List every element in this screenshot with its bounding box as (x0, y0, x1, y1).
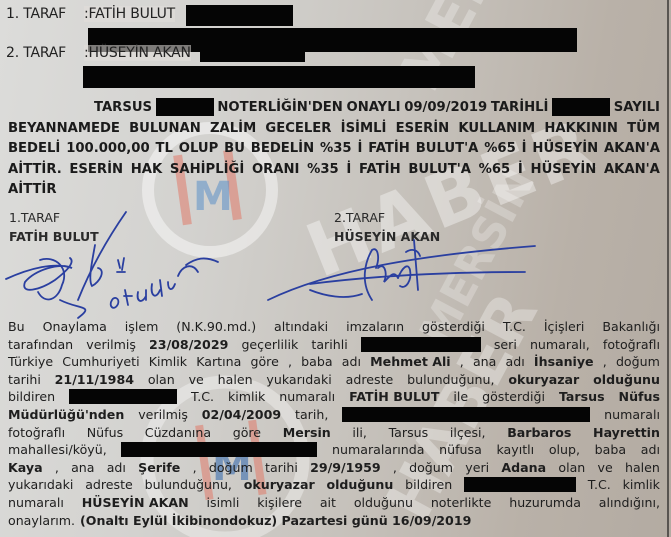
redaction (342, 407, 590, 422)
word: huzurumda (509, 494, 581, 512)
word: noterlikte (431, 494, 492, 512)
word: ilçesi, (450, 424, 486, 442)
word: T.C. (191, 388, 214, 406)
word: numaralı (604, 406, 660, 424)
word: Onaylama (43, 318, 107, 336)
word: nüfusa (439, 441, 482, 459)
word: verilmiş (86, 336, 136, 354)
notary-line: bildirenT.C.kimliknumaralıFATİH BULUTile… (8, 388, 660, 406)
word: 21/11/1984 (55, 371, 134, 389)
word: alındığını, (599, 494, 660, 512)
word: , (193, 459, 197, 477)
word: , (393, 459, 397, 477)
word: isimli (207, 494, 240, 512)
word: , (603, 353, 607, 371)
notary-line: Müdürlüğü'ndenverilmiş02/04/2009tarih,nu… (8, 406, 660, 424)
notary-line: TürkiyeCumhuriyetiKimlikKartınagöre,baba… (8, 353, 660, 371)
word: baba (595, 441, 626, 459)
word: işlem (125, 318, 159, 336)
word: tarafından (8, 336, 73, 354)
word: imzaların (346, 318, 404, 336)
word: , (460, 353, 464, 371)
word: T.C. (588, 476, 611, 494)
word: kimlik (228, 388, 265, 406)
word: tarihi (8, 371, 41, 389)
word: mahallesi/köyü, (8, 441, 107, 459)
word: Adana (501, 459, 546, 477)
word: Şerife (138, 459, 180, 477)
word: Tarsus (389, 424, 429, 442)
word: kişilere (257, 494, 302, 512)
notary-certification-paragraph: BuOnaylamaişlem(N.K.90.md.)altındakiimza… (8, 318, 660, 529)
notary-line: mahallesi/köyü,numaralarındanüfusakayıtl… (8, 441, 660, 459)
word: bulunduğunu, (145, 476, 232, 494)
redaction (361, 337, 481, 352)
notarized-agreement-document: M MERSİN HABER M MERSİN HABER 1. TARAF :… (0, 0, 671, 537)
word: yukarıdaki (8, 476, 73, 494)
word: Nüfus (619, 388, 660, 406)
word: okuryazar (244, 476, 315, 494)
word: 02/04/2009 (202, 406, 281, 424)
notary-line: tarihi21/11/1984olanvehalenyukarıdakiadr… (8, 371, 660, 389)
notary-line: fotoğraflıNüfusCüzdanınagöreMersinili,Ta… (8, 424, 660, 442)
word: olan (148, 371, 175, 389)
word: ve (189, 371, 204, 389)
word: olduğunu (593, 371, 660, 389)
word: , (288, 353, 292, 371)
word: ili, (352, 424, 367, 442)
word: bildiren (405, 476, 452, 494)
notary-line: BuOnaylamaişlem(N.K.90.md.)altındakiimza… (8, 318, 660, 336)
word: Türkiye (8, 353, 53, 371)
word: halen (218, 371, 253, 389)
word: olup, (549, 441, 580, 459)
word: olduğunu (354, 494, 413, 512)
word: onaylarım. (8, 512, 75, 530)
word: doğum (616, 353, 660, 371)
word: adı (107, 459, 126, 477)
word: Bakanlığı (602, 318, 660, 336)
word: numaralı (279, 388, 335, 406)
word: olan (558, 459, 585, 477)
word: İçişleri (544, 318, 585, 336)
word: ana (473, 353, 496, 371)
word: doğum (409, 459, 453, 477)
word: ait (320, 494, 336, 512)
word: bildiren (8, 388, 55, 406)
word: numaralı (8, 494, 64, 512)
word: Mehmet Ali (370, 353, 451, 371)
notary-line: Kaya,anaadıŞerife,doğumtarihi29/9/1959,d… (8, 459, 660, 477)
word: kimlik (623, 476, 660, 494)
redaction (464, 477, 576, 492)
word: İhsaniye (534, 353, 594, 371)
word: Cüzdanına (145, 424, 211, 442)
word: adreste (346, 371, 394, 389)
word: adı (342, 353, 361, 371)
word: Mersin (283, 424, 331, 442)
word: Barbaros (507, 424, 571, 442)
word: T.C. (503, 318, 526, 336)
word: yukarıdaki (266, 371, 331, 389)
word: Tarsus (559, 388, 605, 406)
word: Kimlik (149, 353, 187, 371)
word: geçerlilik (241, 336, 298, 354)
word: Hayrettin (593, 424, 660, 442)
word: fotoğraflı (8, 424, 65, 442)
word: adreste (85, 476, 133, 494)
word: numaralarında (332, 441, 424, 459)
word: ana (71, 459, 94, 477)
word: HÜSEYİN AKAN (82, 494, 189, 512)
word: olduğunu (326, 476, 393, 494)
word: verilmiş (138, 406, 188, 424)
word: (Onaltı Eylül İkibinondokuz) Pazartesi g… (80, 512, 471, 530)
word: Kartına (196, 353, 241, 371)
word: FATİH BULUT (349, 388, 439, 406)
word: doğum (209, 459, 253, 477)
word: Kaya (8, 459, 43, 477)
word: seri (494, 336, 517, 354)
word: Nüfus (87, 424, 123, 442)
notary-line: numaralıHÜSEYİN AKANisimlikişilereaitold… (8, 494, 660, 512)
word: göre (250, 353, 278, 371)
redaction (69, 389, 177, 404)
notary-line: onaylarım.(Onaltı Eylül İkibinondokuz) P… (8, 512, 660, 530)
word: Müdürlüğü'nden (8, 406, 124, 424)
word: gösterdiği (482, 388, 545, 406)
notary-line: yukarıdakiadrestebulunduğunu,okuryazarol… (8, 476, 660, 494)
word: okuryazar (508, 371, 579, 389)
word: göre (233, 424, 261, 442)
word: yeri (465, 459, 489, 477)
word: tarihli (311, 336, 347, 354)
word: (N.K.90.md.) (176, 318, 256, 336)
notary-line: tarafındanverilmiş23/08/2029geçerlilikta… (8, 336, 660, 354)
word: altındaki (274, 318, 328, 336)
redaction (121, 442, 317, 457)
word: tarih, (295, 406, 328, 424)
word: Bu (8, 318, 25, 336)
word: adı (506, 353, 525, 371)
word: halen (625, 459, 660, 477)
word: kayıtlı (496, 441, 534, 459)
word: tarihi (265, 459, 298, 477)
word: ile (453, 388, 468, 406)
word: 29/9/1959 (310, 459, 381, 477)
word: bulunduğunu, (407, 371, 494, 389)
word: 23/08/2029 (149, 336, 228, 354)
word: ve (598, 459, 613, 477)
word: , (55, 459, 59, 477)
word: gösterdiği (422, 318, 485, 336)
word: adı (641, 441, 660, 459)
word: Cumhuriyeti (62, 353, 139, 371)
word: fotoğraflı (603, 336, 660, 354)
word: baba (301, 353, 332, 371)
word: numaralı, (530, 336, 590, 354)
